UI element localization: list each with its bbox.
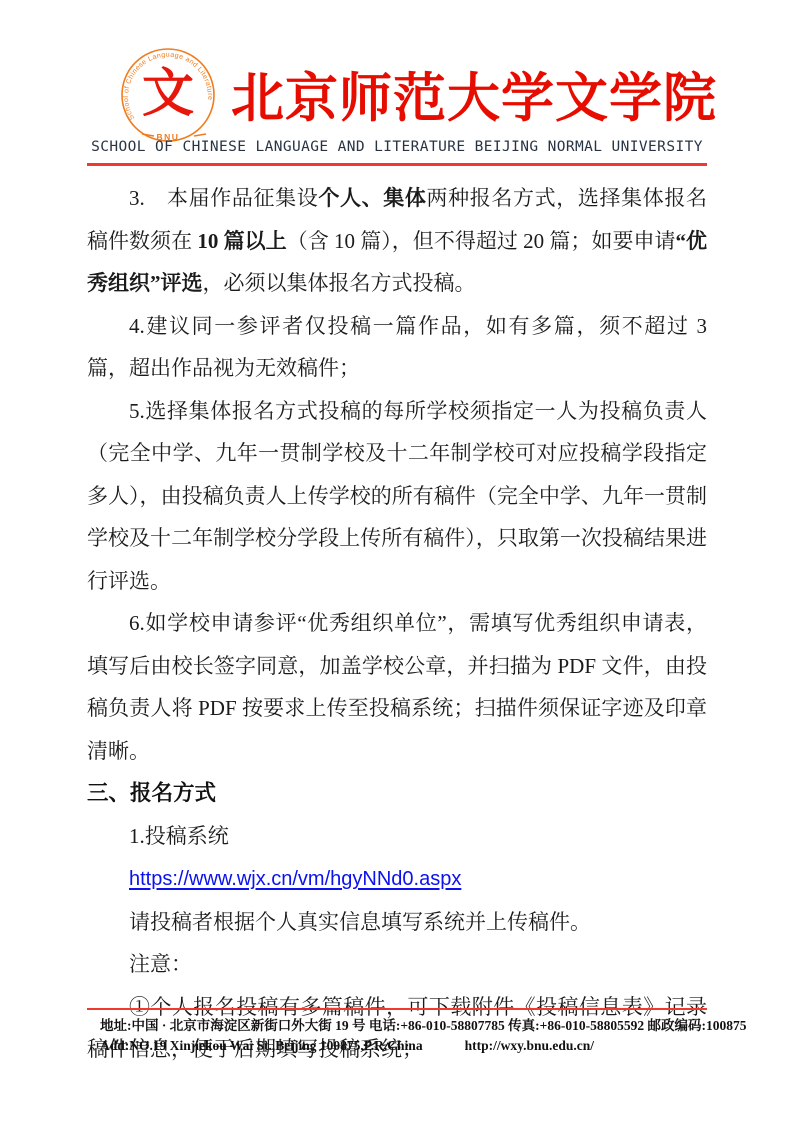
footer-text-block: 地址:中国 · 北京市海淀区新街口外大街 19 号 电话:+86-010-588… — [87, 1010, 707, 1056]
header-divider — [87, 163, 707, 166]
letterhead-footer: 地址:中国 · 北京市海淀区新街口外大街 19 号 电话:+86-010-588… — [87, 1008, 707, 1056]
footer-line2: Add:NO.19 Xinjiekou Wai St.,Beijing 1008… — [100, 1036, 707, 1056]
p3-bold-min-count: 10 篇以上 — [197, 229, 286, 253]
paragraph-item-3: 3. 本届作品征集设个人、集体两种报名方式，选择集体报名稿件数须在 10 篇以上… — [87, 177, 707, 305]
document-page: School of Chinese Language and Literatur… — [0, 0, 794, 1123]
logo-center-glyph: 文 — [142, 63, 194, 124]
submission-system-label: 1.投稿系统 — [87, 815, 707, 858]
footer-address-cn: 地址:中国 · 北京市海淀区新街口外大街 19 号 电话:+86-010-588… — [100, 1016, 707, 1036]
submission-link-line: https://www.wjx.cn/vm/hgyNNd0.aspx — [87, 857, 707, 901]
school-title-chinese: 北京师范大学文学院 — [231, 62, 681, 134]
submission-system-link[interactable]: https://www.wjx.cn/vm/hgyNNd0.aspx — [129, 868, 461, 890]
note-label: 注意： — [87, 943, 707, 986]
document-body: 3. 本届作品征集设个人、集体两种报名方式，选择集体报名稿件数须在 10 篇以上… — [87, 177, 707, 1071]
footer-website-url: http://wxy.bnu.edu.cn/ — [465, 1038, 594, 1053]
paragraph-item-5: 5.选择集体报名方式投稿的每所学校须指定一人为投稿负责人（完全中学、九年一贯制学… — [87, 390, 707, 603]
footer-address-en: Add:NO.19 Xinjiekou Wai St.,Beijing 1008… — [100, 1038, 423, 1053]
bnu-school-logo-icon: School of Chinese Language and Literatur… — [112, 44, 224, 146]
school-title-english: SCHOOL OF CHINESE LANGUAGE AND LITERATUR… — [0, 139, 794, 155]
p3-run5: （含 10 篇），但不得超过 20 篇；如要申请 — [287, 229, 676, 253]
p3-bold-registration-types: 个人、集体 — [318, 186, 426, 210]
p3-run7: ，必须以集体报名方式投稿。 — [203, 271, 476, 295]
p3-run1: 3. 本届作品征集设 — [129, 186, 318, 210]
paragraph-item-4: 4.建议同一参评者仅投稿一篇作品，如有多篇，须不超过 3 篇，超出作品视为无效稿… — [87, 305, 707, 390]
section-3-heading: 三、报名方式 — [87, 772, 707, 815]
fill-info-instruction: 请投稿者根据个人真实信息填写系统并上传稿件。 — [87, 901, 707, 944]
paragraph-item-6: 6.如学校申请参评“优秀组织单位”，需填写优秀组织申请表，填写后由校长签字同意，… — [87, 602, 707, 772]
